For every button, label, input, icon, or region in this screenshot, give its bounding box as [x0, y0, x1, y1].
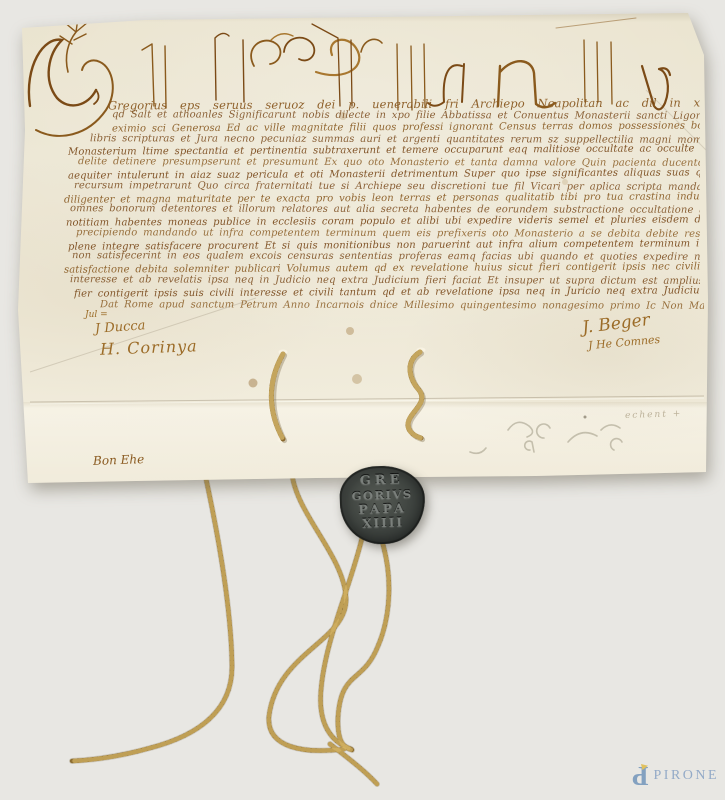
photo-background: Gregorius eps seruus seruoz dei p. uener…	[0, 0, 725, 800]
plica-inscription: Bon Ehe	[93, 452, 145, 468]
pirone-watermark: P PIRONE	[632, 762, 719, 789]
seal-text-line: XIIII	[340, 515, 425, 532]
plica-ghost-text: echent +	[625, 409, 683, 421]
signature-left-2: H. Corinya	[100, 336, 198, 358]
papal-lead-seal: GRE GORIVS PAPA XIIII	[339, 465, 427, 546]
manuscript-body: Gregorius eps seruus seruoz dei p. uener…	[16, 10, 710, 488]
parchment-wrap: Gregorius eps seruus seruoz dei p. uener…	[16, 10, 710, 488]
manuscript-line: qd Salt et athoanles Significarunt nobis…	[112, 109, 700, 122]
manuscript-line: eximio sci Generosa Ed ac ville magnitat…	[112, 120, 700, 134]
manuscript-line: fier contigerit ipsis suis civili intere…	[74, 285, 700, 299]
parchment-document: Gregorius eps seruus seruoz dei p. uener…	[16, 10, 710, 488]
chancery-mark: Jul =	[85, 310, 108, 320]
manuscript-line: Dat Rome apud sanctum Petrum Anno Incarn…	[100, 299, 704, 312]
watermark-label: PIRONE	[654, 768, 720, 784]
